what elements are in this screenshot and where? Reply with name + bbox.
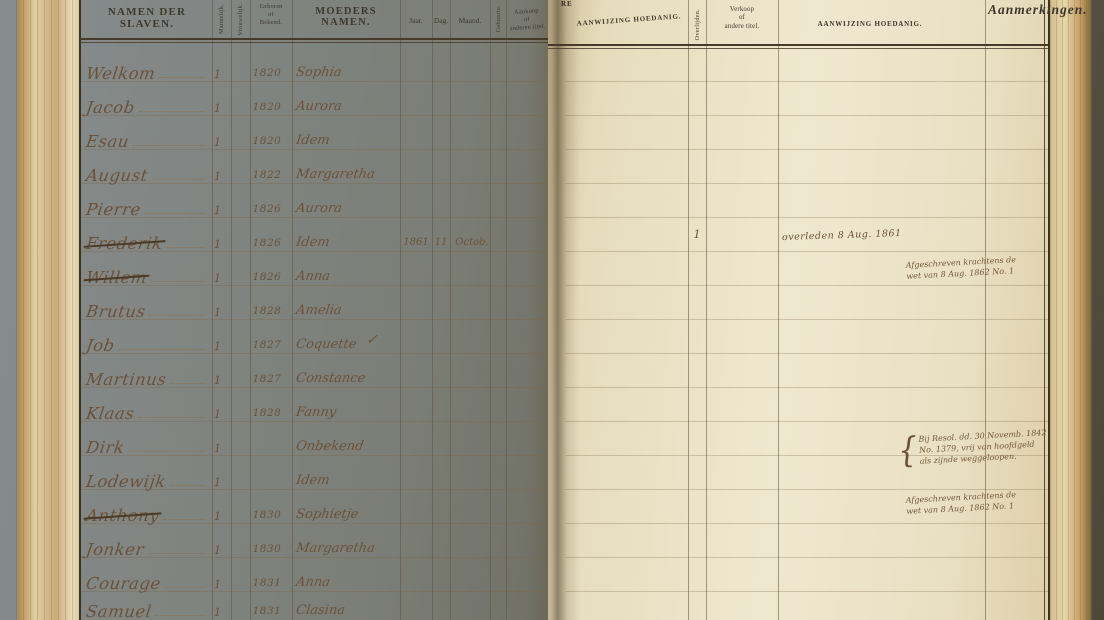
- register-row: Jonker11830Margaretha: [80, 528, 548, 558]
- slave-name: Anthony: [85, 508, 161, 525]
- mother-name: Onbekend: [287, 439, 549, 456]
- death-month: Octob.: [450, 237, 494, 248]
- mother-name: Anna: [287, 269, 549, 286]
- col-rule: [1044, 0, 1045, 620]
- right-page: [548, 0, 1050, 620]
- mother-name: Sophietje: [287, 507, 549, 524]
- mother-name: Coquette: [287, 337, 549, 354]
- check-mark: ✓: [366, 332, 378, 348]
- dotted-leader: [139, 111, 205, 112]
- register-row: Jacob11820Aurora: [80, 86, 548, 116]
- overlijden-tally-mark: 1: [688, 228, 706, 241]
- header-rule: [80, 38, 548, 40]
- birth-year: 1831: [246, 576, 288, 592]
- dotted-leader: [133, 145, 205, 146]
- register-row: Pierre11826Aurora: [80, 188, 548, 218]
- register-row: Brutus11828Amelia: [80, 290, 548, 320]
- male-tally-mark: 1: [208, 135, 227, 150]
- male-tally-mark: 1: [208, 271, 227, 286]
- dotted-leader: [151, 281, 205, 282]
- dotted-leader: [155, 615, 205, 616]
- birth-year: 1820: [246, 66, 288, 82]
- mother-name: Fanny: [287, 405, 549, 422]
- frederik-death-date: 1861 11 Octob.: [400, 226, 548, 248]
- mother-name: Sophia: [287, 65, 549, 82]
- col-header-remarks: Aanmerkingen.: [988, 2, 1046, 18]
- register-row: Job11827Coquette: [80, 324, 548, 354]
- slave-name: Welkom: [85, 66, 157, 83]
- mother-name: Idem: [287, 473, 549, 490]
- male-tally-mark: 1: [208, 237, 227, 252]
- male-tally-mark: 1: [208, 441, 227, 456]
- table-right-rule: [1048, 0, 1050, 620]
- slave-name: Frederik: [85, 236, 164, 253]
- male-tally-mark: 1: [208, 577, 227, 592]
- remark-dirk-lodewijk: { Bij Resol. dd. 30 Novemb. 1842 No. 137…: [897, 424, 1048, 472]
- header-rule: [548, 48, 1048, 49]
- register-row: Willem11826Anna: [80, 256, 548, 286]
- male-tally-mark: 1: [208, 169, 227, 184]
- slave-name: Brutus: [85, 304, 147, 321]
- birth-year: 1826: [246, 202, 288, 218]
- birth-year: 1826: [246, 270, 288, 286]
- slave-name: Lodewijk: [85, 474, 167, 491]
- death-day: 11: [432, 237, 450, 248]
- col-header-born: GeborenofBekend.: [250, 3, 292, 27]
- register-row: Anthony11830Sophietje: [80, 494, 548, 524]
- dotted-leader: [145, 213, 205, 214]
- dotted-leader: [163, 519, 205, 520]
- dotted-leader: [170, 383, 205, 384]
- slave-name: Jacob: [85, 100, 136, 117]
- male-tally-mark: 1: [208, 203, 227, 218]
- male-tally-mark: 1: [208, 509, 227, 524]
- dotted-leader: [167, 247, 205, 248]
- birth-year: 1828: [246, 304, 288, 320]
- book-right-page-edges: [1050, 0, 1092, 620]
- register-row: August11822Margaretha: [80, 154, 548, 184]
- mother-name: Amelia: [287, 303, 549, 320]
- dotted-leader: [148, 553, 205, 554]
- col-rule: [985, 0, 986, 620]
- header-rule: [548, 44, 1048, 46]
- birth-year: 1820: [246, 100, 288, 116]
- mother-name: Margaretha: [287, 541, 549, 558]
- male-tally-mark: 1: [208, 407, 227, 422]
- mother-name: Aurora: [287, 201, 549, 218]
- birth-year: 1831: [246, 604, 288, 620]
- col-header-month: Maand.: [450, 16, 490, 25]
- slave-name: Klaas: [85, 406, 136, 423]
- register-row: Esau11820Idem: [80, 120, 548, 150]
- col-header-acquisition: Aankoopofanderen titel.: [505, 7, 549, 33]
- slave-name: Esau: [85, 134, 130, 151]
- birth-year: 1827: [246, 338, 288, 354]
- birth-year: 1830: [246, 542, 288, 558]
- mother-name: Idem: [287, 133, 549, 150]
- male-tally-mark: 1: [208, 339, 227, 354]
- col-header-sale: Verkoopofandere titel.: [706, 6, 778, 31]
- header-rule: [80, 42, 548, 43]
- col-header-male: Mannelijk.: [212, 0, 231, 38]
- male-tally-mark: 1: [208, 305, 227, 320]
- register-row: Dirk1Onbekend: [80, 426, 548, 456]
- col-header-birth: Geboorte.: [490, 0, 506, 38]
- dotted-leader: [128, 451, 205, 452]
- mother-name: Margaretha: [287, 167, 549, 184]
- register-row: Lodewijk1Idem: [80, 460, 548, 490]
- dotted-leader: [138, 417, 205, 418]
- mother-name: Aurora: [287, 99, 549, 116]
- slave-name: Job: [85, 338, 116, 355]
- register-row: Martinus11827Constance: [80, 358, 548, 388]
- mother-name: Anna: [287, 575, 549, 592]
- slave-name: Martinus: [85, 372, 168, 389]
- death-year: 1861: [400, 237, 432, 248]
- brace-glyph: {: [897, 428, 919, 476]
- slave-name: Jonker: [85, 542, 145, 559]
- clipped-heading-fragment: RE: [561, 0, 573, 8]
- col-header-indication-2: AANWIJZING HOEDANIG.: [790, 20, 950, 28]
- dotted-leader: [165, 587, 205, 588]
- slave-name: Courage: [85, 576, 162, 593]
- dotted-leader: [149, 315, 205, 316]
- register-row: Welkom11820Sophia: [80, 52, 548, 82]
- col-header-day: Dag.: [432, 16, 450, 25]
- male-tally-mark: 1: [208, 373, 227, 388]
- dotted-leader: [152, 179, 205, 180]
- slave-name: August: [85, 168, 149, 185]
- dotted-leader: [159, 77, 205, 78]
- register-row: Klaas11828Fanny: [80, 392, 548, 422]
- birth-year: 1820: [246, 134, 288, 150]
- male-tally-mark: 1: [208, 67, 227, 82]
- col-rule: [778, 0, 779, 620]
- slave-name: Dirk: [85, 440, 126, 457]
- birth-year: 1828: [246, 406, 288, 422]
- register-photo: NAMEN DER SLAVEN. Mannelijk. Vrouwelijk.…: [0, 0, 1104, 620]
- dotted-leader: [170, 485, 205, 486]
- birth-year: 1822: [246, 168, 288, 184]
- col-header-mothers: MOEDERS NAMEN.: [292, 6, 400, 28]
- col-header-female: Vrouwelijk.: [231, 0, 250, 38]
- col-header-names: NAMEN DER SLAVEN.: [84, 6, 210, 30]
- col-header-year: Jaar.: [400, 16, 432, 25]
- male-tally-mark: 1: [208, 475, 227, 490]
- book-left-page-edges: [16, 0, 80, 620]
- male-tally-mark: 1: [208, 101, 227, 116]
- birth-year: 1826: [246, 236, 288, 252]
- birth-year: 1827: [246, 372, 288, 388]
- male-tally-mark: 1: [208, 605, 227, 620]
- slave-name: Willem: [85, 270, 148, 287]
- mother-name: Clasina: [287, 603, 549, 620]
- male-tally-mark: 1: [208, 543, 227, 558]
- register-row: Samuel11831Clasina: [80, 596, 548, 620]
- col-rule: [706, 0, 707, 620]
- slave-name: Samuel: [85, 604, 153, 620]
- birth-year: 1830: [246, 508, 288, 524]
- slave-name: Pierre: [85, 202, 142, 219]
- register-row: Courage11831Anna: [80, 562, 548, 592]
- col-header-death: Overlijden.: [688, 4, 706, 46]
- col-rule: [688, 0, 689, 620]
- dotted-leader: [119, 349, 205, 350]
- mother-name: Constance: [287, 371, 549, 388]
